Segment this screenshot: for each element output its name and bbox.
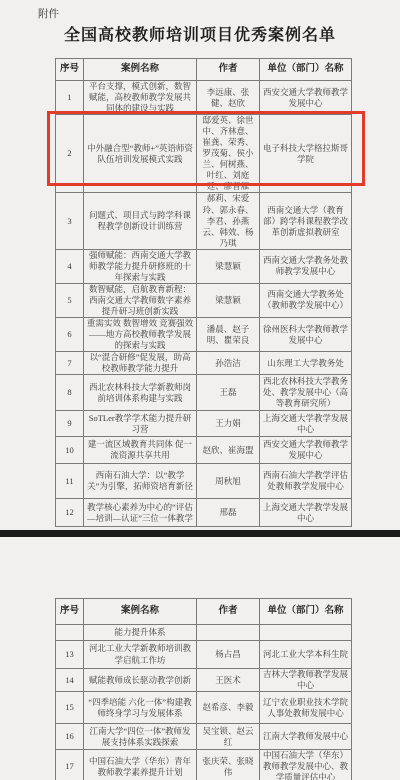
authors-cell: 杨占昌 bbox=[197, 641, 260, 669]
page-break-bar bbox=[0, 530, 400, 537]
unit-cell: 西南石油大学教学评估处教师教学发展中心 bbox=[260, 464, 352, 499]
case-name-cell: 中外融合型“教师+”英语师资队伍培训发展模式实践 bbox=[84, 115, 197, 193]
case-no-cell: 14 bbox=[56, 669, 84, 692]
header-no: 序号 bbox=[56, 59, 84, 81]
table-row: 5 数智赋能，启航教育新程：西南交通大学教师数字素养提升研习班创新实践 梁慧颖 … bbox=[56, 283, 352, 317]
table-row: 7 以“混合研修”促发展，助高校教师教学能力提升 孙浩洁 山东理工大学教务处 bbox=[56, 352, 352, 375]
unit-cell: 河北工业大学本科生院 bbox=[260, 641, 352, 669]
case-name-cell: SoTLer教学学术能力提升研习营 bbox=[84, 411, 197, 437]
header-authors: 作者 bbox=[197, 599, 260, 625]
authors-cell: 赵欣、崔海盟 bbox=[197, 437, 260, 464]
authors-cell: 邢磊 bbox=[197, 499, 260, 527]
table-row: 11 西南石油大学：以“教学关”为引擎，拓师资培育新径 周秋旭 西南石油大学教学… bbox=[56, 464, 352, 499]
case-no-cell: 3 bbox=[56, 193, 84, 249]
unit-cell: 西安交通大学教师教学发展中心 bbox=[260, 81, 352, 115]
case-no-cell: 6 bbox=[56, 317, 84, 351]
case-name-cell: 江南大学“四位一体”教师发展支持体系实践探索 bbox=[84, 724, 197, 750]
authors-cell: 王力娟 bbox=[197, 411, 260, 437]
case-no-cell: 1 bbox=[56, 81, 84, 115]
authors-cell: 孙浩洁 bbox=[197, 352, 260, 375]
unit-cell: 电子科技大学格拉斯哥学院 bbox=[260, 115, 352, 193]
authors-cell: 张庆荣、张晓伟 bbox=[197, 750, 260, 780]
case-no-cell: 12 bbox=[56, 499, 84, 527]
authors-cell: 李远康、张健、赵欣 bbox=[197, 81, 260, 115]
case-no-cell: 8 bbox=[56, 375, 84, 411]
attachment-label: 附件 bbox=[38, 6, 59, 21]
case-no-cell: 7 bbox=[56, 352, 84, 375]
case-name-cell: 教学核心素养为中心的“评估—培训—认证”三位一体教学 bbox=[84, 499, 197, 527]
header-unit: 单位（部门）名称 bbox=[260, 59, 352, 81]
authors-cell: 郝莉、宋爱玲、郭永春、李君、孙燕云、韩效、杨乃琪 bbox=[197, 193, 260, 249]
table-row: 14 赋能教师成长驱动教学创新 王医术 吉林大学教师教学发展中心 bbox=[56, 669, 352, 692]
table-row: 16 江南大学“四位一体”教师发展支持体系实践探索 吴宝锁、赵云红 江南大学教师… bbox=[56, 724, 352, 750]
case-name-cell: “四季培能 六化一体”构建教师终身学习与发展体系 bbox=[84, 692, 197, 724]
unit-cell: 上海交通大学教学发展中心 bbox=[260, 411, 352, 437]
case-name-cell: 平台支撑，模式创新，数智赋能，高校教师教学发展共同体的建设与实践 bbox=[84, 81, 197, 115]
unit-cell: 江南大学教师发展中心 bbox=[260, 724, 352, 750]
header-no: 序号 bbox=[56, 599, 84, 625]
authors-cell bbox=[197, 625, 260, 641]
table-row: 15 “四季培能 六化一体”构建教师终身学习与发展体系 赵希彦、李毅 辽宁农业职… bbox=[56, 692, 352, 724]
authors-cell: 潘晨、赵子明、瞿荣良 bbox=[197, 317, 260, 351]
table-row-continuation: 能力提升体系 bbox=[56, 625, 352, 641]
authors-cell: 赵希彦、李毅 bbox=[197, 692, 260, 724]
table-row: 13 河北工业大学新教师培训教学启航工作坊 杨占昌 河北工业大学本科生院 bbox=[56, 641, 352, 669]
case-no-cell: 10 bbox=[56, 437, 84, 464]
header-case-name: 案例名称 bbox=[84, 599, 197, 625]
table-row-highlighted: 2 中外融合型“教师+”英语师资队伍培训发展模式实践 邸爱英、徐世中、齐林意、崔… bbox=[56, 115, 352, 193]
case-name-cell: 能力提升体系 bbox=[84, 625, 197, 641]
table-row: 6 重需实效 数智增效 竞赛强效——地方高校教师教学发展的探索与实践 潘晨、赵子… bbox=[56, 317, 352, 351]
cases-table-page1: 序号 案例名称 作者 单位（部门）名称 1 平台支撑，模式创新，数智赋能，高校教… bbox=[55, 58, 352, 527]
case-no-cell: 4 bbox=[56, 249, 84, 283]
case-name-cell: 西北农林科技大学新教师岗前培训体系构建与实践 bbox=[84, 375, 197, 411]
case-no-cell: 5 bbox=[56, 283, 84, 317]
table-header-row: 序号 案例名称 作者 单位（部门）名称 bbox=[56, 599, 352, 625]
case-name-cell: 以“混合研修”促发展，助高校教师教学能力提升 bbox=[84, 352, 197, 375]
unit-cell: 辽宁农业职业技术学院人事处教师发展中心 bbox=[260, 692, 352, 724]
table-row: 17 中国石油大学（华东）青年教师教学素养提升计划 张庆荣、张晓伟 中国石油大学… bbox=[56, 750, 352, 780]
table-row: 9 SoTLer教学学术能力提升研习营 王力娟 上海交通大学教学发展中心 bbox=[56, 411, 352, 437]
cases-table-page2: 序号 案例名称 作者 单位（部门）名称 能力提升体系 13 河北工业大学新教师培… bbox=[55, 598, 352, 780]
scanned-document: { "page1": { "attachment_label": "附件", "… bbox=[0, 0, 400, 780]
case-name-cell: 数智赋能，启航教育新程：西南交通大学教师数字素养提升研习班创新实践 bbox=[84, 283, 197, 317]
case-no-cell: 9 bbox=[56, 411, 84, 437]
authors-cell: 吴宝锁、赵云红 bbox=[197, 724, 260, 750]
case-no-cell bbox=[56, 625, 84, 641]
authors-cell: 周秋旭 bbox=[197, 464, 260, 499]
authors-cell: 王医术 bbox=[197, 669, 260, 692]
table-row: 3 问题式、项目式与跨学科课程教学创新设计训练营 郝莉、宋爱玲、郭永春、李君、孙… bbox=[56, 193, 352, 249]
header-unit: 单位（部门）名称 bbox=[260, 599, 352, 625]
case-name-cell: 强师赋能：西南交通大学教师教学能力提升研修班的十年探索与实践 bbox=[84, 249, 197, 283]
unit-cell bbox=[260, 625, 352, 641]
table-row: 12 教学核心素养为中心的“评估—培训—认证”三位一体教学 邢磊 上海交通大学教… bbox=[56, 499, 352, 527]
authors-cell: 梁慧颖 bbox=[197, 283, 260, 317]
unit-cell: 上海交通大学教学发展中心 bbox=[260, 499, 352, 527]
case-name-cell: 重需实效 数智增效 竞赛强效——地方高校教师教学发展的探索与实践 bbox=[84, 317, 197, 351]
authors-cell: 梁慧颖 bbox=[197, 249, 260, 283]
table-header-row: 序号 案例名称 作者 单位（部门）名称 bbox=[56, 59, 352, 81]
unit-cell: 西南交通大学教务处（教师教学发展中心） bbox=[260, 283, 352, 317]
case-name-cell: 河北工业大学新教师培训教学启航工作坊 bbox=[84, 641, 197, 669]
unit-cell: 中国石油大学（华东）教师教学发展中心、教学质量评估中心 bbox=[260, 750, 352, 780]
case-name-cell: 西南石油大学：以“教学关”为引擎，拓师资培育新径 bbox=[84, 464, 197, 499]
case-no-cell: 17 bbox=[56, 750, 84, 780]
unit-cell: 西南交通大学（教育部）跨学科课程教学改革创新虚拟教研室 bbox=[260, 193, 352, 249]
case-no-cell: 13 bbox=[56, 641, 84, 669]
case-name-cell: 中国石油大学（华东）青年教师教学素养提升计划 bbox=[84, 750, 197, 780]
unit-cell: 吉林大学教师教学发展中心 bbox=[260, 669, 352, 692]
table-row: 8 西北农林科技大学新教师岗前培训体系构建与实践 王磊 西北农林科技大学教务处、… bbox=[56, 375, 352, 411]
authors-cell: 邸爱英、徐世中、齐林意、崔龚、荣秀、罗茂菊、侯小兰、何树燕、叶红、刘庭廷、廖晋雁 bbox=[197, 115, 260, 193]
case-name-cell: 建一流区域教育共同体 促一流资源共享共用 bbox=[84, 437, 197, 464]
authors-cell: 王磊 bbox=[197, 375, 260, 411]
table-row: 1 平台支撑，模式创新，数智赋能，高校教师教学发展共同体的建设与实践 李远康、张… bbox=[56, 81, 352, 115]
header-authors: 作者 bbox=[197, 59, 260, 81]
unit-cell: 徐州医科大学教师教学发展中心 bbox=[260, 317, 352, 351]
table-row: 10 建一流区域教育共同体 促一流资源共享共用 赵欣、崔海盟 西安交通大学教师教… bbox=[56, 437, 352, 464]
unit-cell: 西南交通大学教务处教师教学发展中心 bbox=[260, 249, 352, 283]
document-title: 全国高校教师培训项目优秀案例名单 bbox=[0, 22, 400, 45]
unit-cell: 山东理工大学教务处 bbox=[260, 352, 352, 375]
table-row: 4 强师赋能：西南交通大学教师教学能力提升研修班的十年探索与实践 梁慧颖 西南交… bbox=[56, 249, 352, 283]
unit-cell: 西北农林科技大学教务处、教学发展中心（高等教育研究所） bbox=[260, 375, 352, 411]
case-no-cell: 16 bbox=[56, 724, 84, 750]
case-no-cell: 2 bbox=[56, 115, 84, 193]
case-name-cell: 问题式、项目式与跨学科课程教学创新设计训练营 bbox=[84, 193, 197, 249]
case-no-cell: 15 bbox=[56, 692, 84, 724]
case-name-cell: 赋能教师成长驱动教学创新 bbox=[84, 669, 197, 692]
header-case-name: 案例名称 bbox=[84, 59, 197, 81]
case-no-cell: 11 bbox=[56, 464, 84, 499]
unit-cell: 西安交通大学教师教学发展中心 bbox=[260, 437, 352, 464]
